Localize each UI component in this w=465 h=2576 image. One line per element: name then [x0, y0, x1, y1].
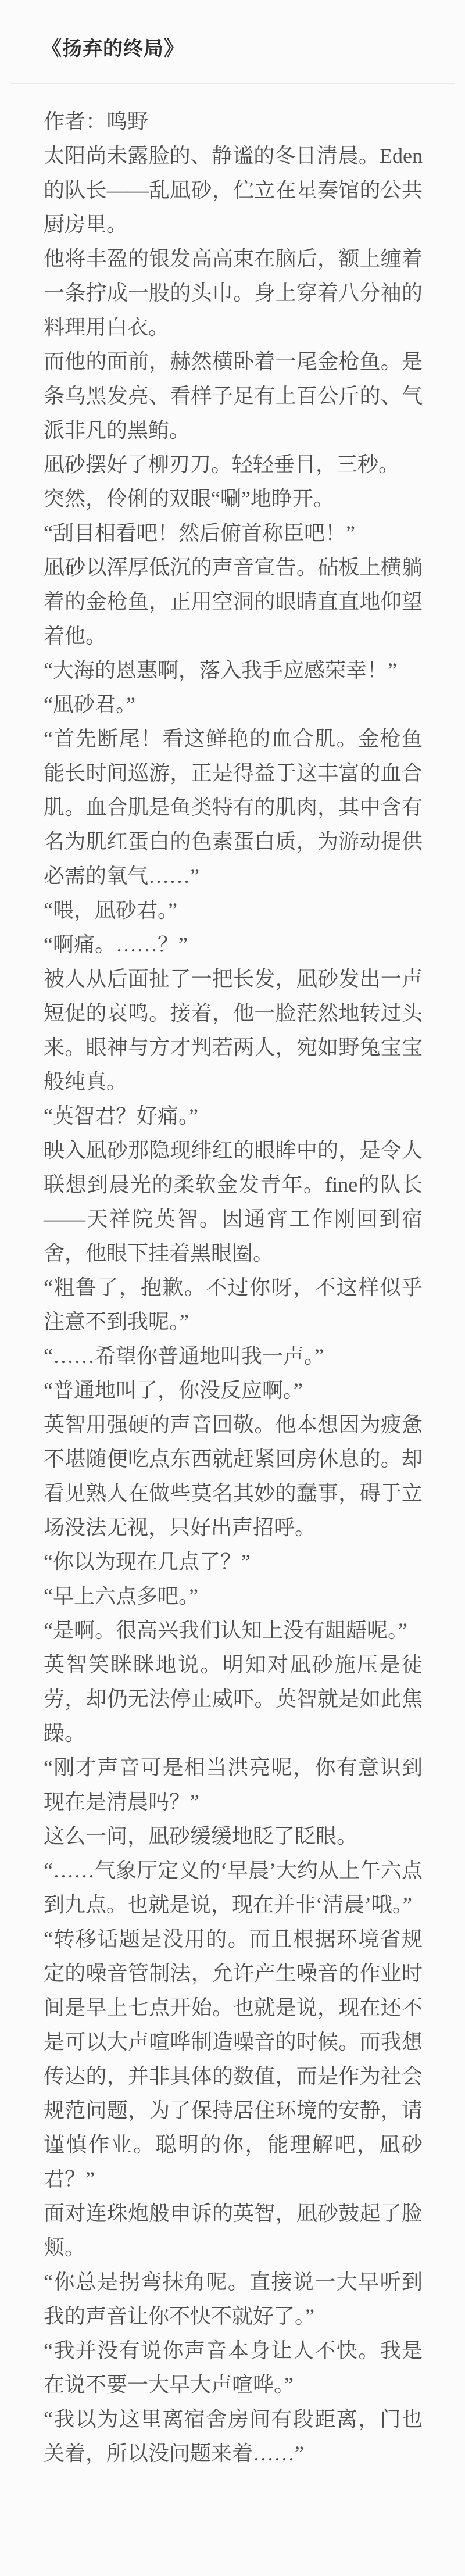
paragraph: 太阳尚未露脸的、静谧的冬日清晨。Eden的队长——乱凪砂，伫立在星奏馆的公共厨房… — [44, 139, 423, 242]
paragraph: “粗鲁了，抱歉。不过你呀，不这样似乎注意不到我呢。” — [44, 1271, 423, 1339]
page-title: 《扬弃的终局》 — [0, 37, 465, 60]
paragraph: “是啊。很高兴我们认知上没有龃龉呢。” — [44, 1613, 423, 1648]
paragraph: “喂，凪砂君。” — [44, 893, 423, 928]
paragraph: “啊痛。……？” — [44, 928, 423, 962]
paragraph: “我并没有说你声音本身让人不快。我是在说不要一大早大声喧哗。” — [44, 2334, 423, 2402]
paragraph: “大海的恩惠啊，落入我手应感荣幸！” — [44, 653, 423, 688]
paragraph: “首先断尾！看这鲜艳的血合肌。金枪鱼能长时间巡游，正是得益于这丰富的血合肌。血合… — [44, 722, 423, 893]
author-line: 作者：鸣野 — [44, 105, 423, 139]
paragraph: 他将丰盈的银发高高束在脑后，额上缠着一条拧成一股的头巾。身上穿着八分袖的料理用白… — [44, 242, 423, 345]
paragraph: “早上六点多吧。” — [44, 1579, 423, 1613]
paragraph: “你以为现在几点了？” — [44, 1545, 423, 1579]
page: 《扬弃的终局》 作者：鸣野 太阳尚未露脸的、静谧的冬日清晨。Eden的队长——乱… — [0, 0, 465, 2576]
paragraph: “转移话题是没用的。而且根据环境省规定的噪音管制法，允许产生噪音的作业时间是早上… — [44, 1922, 423, 2196]
paragraph: 被人从后面扯了一把长发，凪砂发出一声短促的哀鸣。接着，他一脸茫然地转过头来。眼神… — [44, 962, 423, 1099]
paragraph: “我以为这里离宿舍房间有段距离，门也关着，所以没问题来着……” — [44, 2402, 423, 2471]
paragraph: 突然，伶俐的双眼“唰”地睁开。 — [44, 482, 423, 516]
paragraph: 而他的面前，赫然横卧着一尾金枪鱼。是条乌黑发亮、看样子足有上百公斤的、气派非凡的… — [44, 345, 423, 448]
paragraph: “英智君？好痛。” — [44, 1099, 423, 1133]
paragraph: “刚才声音可是相当洪亮呢，你有意识到现在是清晨吗？” — [44, 1751, 423, 1819]
paragraph: “……希望你普通地叫我一声。” — [44, 1339, 423, 1373]
paragraph: 面对连珠炮般申诉的英智，凪砂鼓起了脸颊。 — [44, 2196, 423, 2265]
story-body: 作者：鸣野 太阳尚未露脸的、静谧的冬日清晨。Eden的队长——乱凪砂，伫立在星奏… — [0, 84, 465, 2471]
paragraph: “刮目相看吧！然后俯首称臣吧！” — [44, 516, 423, 550]
paragraph: “凪砂君。” — [44, 688, 423, 722]
header: 《扬弃的终局》 — [0, 0, 465, 84]
paragraph: 凪砂以浑厚低沉的声音宣告。砧板上横躺着的金枪鱼，正用空洞的眼睛直直地仰望着他。 — [44, 550, 423, 653]
paragraph: “普通地叫了，你没反应啊。” — [44, 1373, 423, 1408]
paragraph: 映入凪砂那隐现绯红的眼眸中的，是令人联想到晨光的柔软金发青年。fine的队长——… — [44, 1133, 423, 1271]
paragraph: “你总是拐弯抹角呢。直接说一大早听到我的声音让你不快不就好了。” — [44, 2265, 423, 2334]
paragraph: 这么一问，凪砂缓缓地眨了眨眼。 — [44, 1819, 423, 1854]
paragraph: 英智笑眯眯地说。明知对凪砂施压是徒劳，却仍无法停止威吓。英智就是如此焦躁。 — [44, 1648, 423, 1751]
paragraph: 英智用强硬的声音回敬。他本想因为疲惫不堪随便吃点东西就赶紧回房休息的。却看见熟人… — [44, 1408, 423, 1545]
paragraph: 凪砂摆好了柳刃刀。轻轻垂目，三秒。 — [44, 448, 423, 482]
paragraph: “……气象厅定义的‘早晨’大约从上午六点到九点。也就是说，现在并非‘清晨’哦。” — [44, 1854, 423, 1922]
